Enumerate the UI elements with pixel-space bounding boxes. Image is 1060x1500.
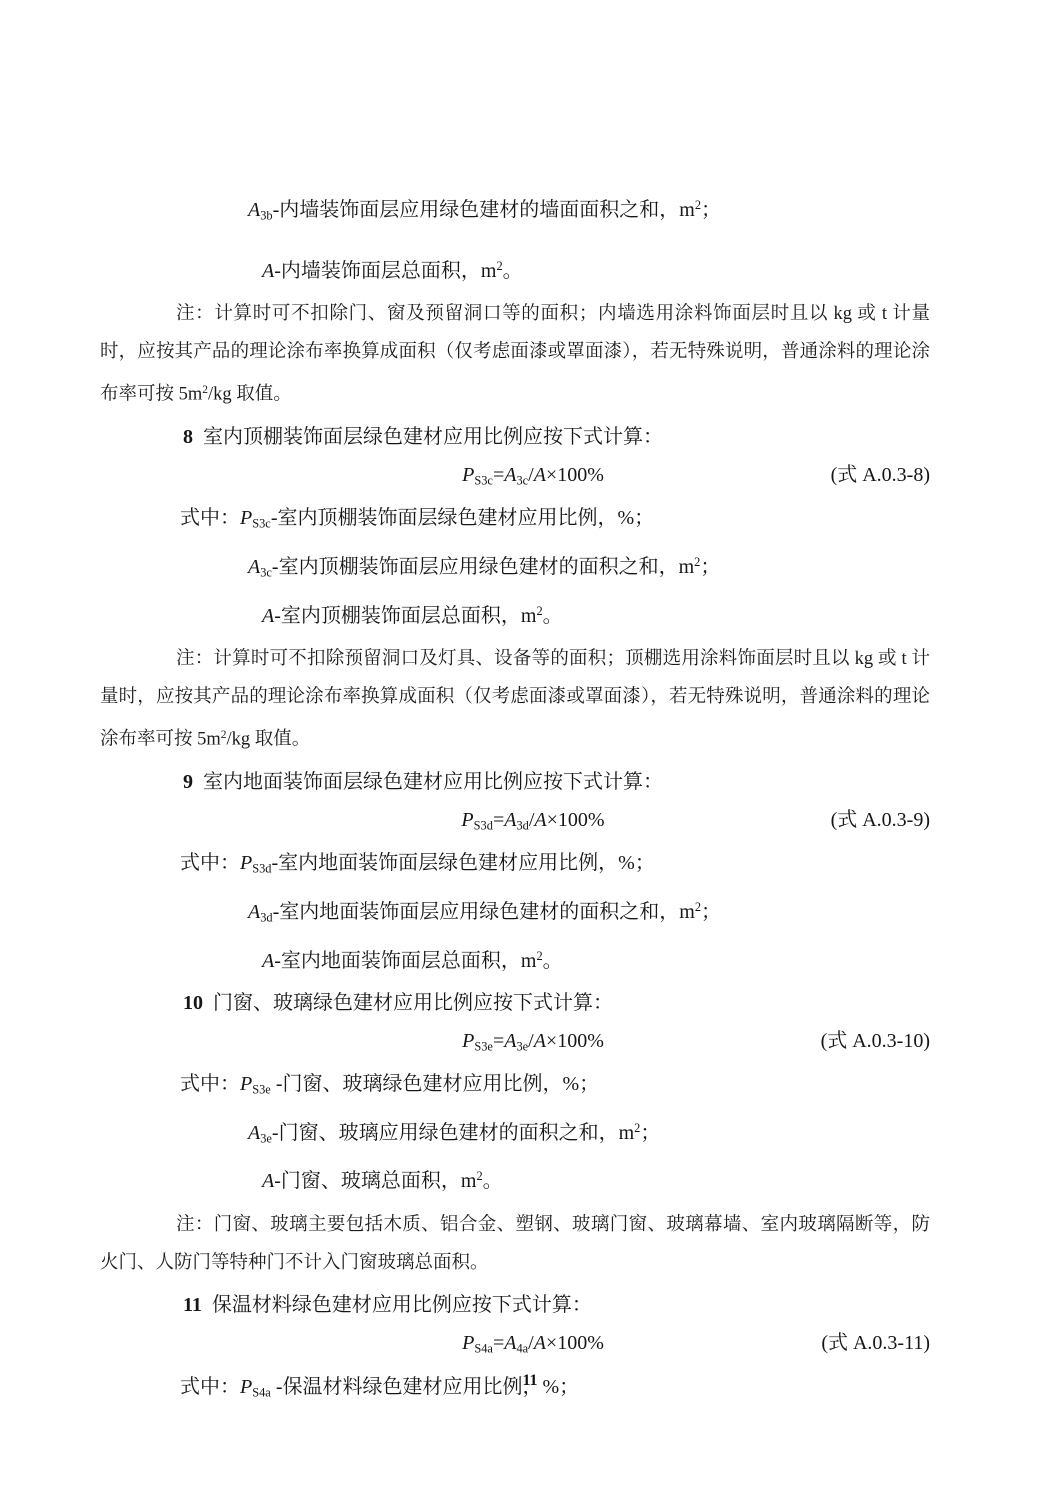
item-heading: 10门窗、玻璃绿色建材应用比例应按下式计算： [183, 984, 930, 1022]
formula-expression: PS3d=A3d/A×100% [461, 801, 604, 845]
formula-expression: PS4a=A4a/A×100% [462, 1324, 604, 1368]
formula-row: PS3d=A3d/A×100%(式 A.0.3-9) [100, 801, 930, 845]
variable-definition-line: A-室内顶棚装饰面层总面积，m2。 [262, 592, 930, 635]
item-text: 室内地面装饰面层绿色建材应用比例应按下式计算： [203, 771, 663, 793]
formula-label: (式 A.0.3-11) [821, 1324, 930, 1362]
formula-explain-line: 式中：PS3d-室内地面装饰面层绿色建材应用比例，%； [180, 844, 930, 888]
formula-row: PS3c=A3c/A×100%(式 A.0.3-8) [100, 456, 930, 500]
formula-expression: PS3c=A3c/A×100% [462, 456, 604, 500]
formula-expression: PS3e=A3e/A×100% [462, 1022, 604, 1066]
variable-definition-line: A-内墙装饰面层总面积，m2。 [262, 247, 930, 290]
item-text: 门窗、玻璃绿色建材应用比例应按下式计算： [213, 992, 613, 1014]
variable-definition-line: A-门窗、玻璃总面积，m2。 [262, 1157, 930, 1200]
document-body: A3b-内墙装饰面层应用绿色建材的墙面面积之和，m2；A-内墙装饰面层总面积，m… [100, 186, 930, 1412]
note-paragraph: 注：计算时可不扣除门、窗及预留洞口等的面积；内墙选用涂料饰面层时且以 kg 或 … [100, 295, 930, 413]
note-paragraph: 注：门窗、玻璃主要包括木质、铝合金、塑钢、玻璃门窗、玻璃幕墙、室内玻璃隔断等，防… [100, 1206, 930, 1282]
formula-label: (式 A.0.3-8) [831, 456, 930, 494]
item-number: 8 [183, 426, 193, 448]
variable-definition-line: A3d-室内地面装饰面层应用绿色建材的面积之和，m2； [248, 888, 930, 937]
document-page: A3b-内墙装饰面层应用绿色建材的墙面面积之和，m2；A-内墙装饰面层总面积，m… [0, 0, 1060, 1500]
item-heading: 8室内顶棚装饰面层绿色建材应用比例应按下式计算： [183, 418, 930, 456]
item-text: 保温材料绿色建材应用比例应按下式计算： [212, 1294, 592, 1316]
item-heading: 9室内地面装饰面层绿色建材应用比例应按下式计算： [183, 763, 930, 801]
item-number: 9 [183, 771, 193, 793]
variable-definition-line: A3c-室内顶棚装饰面层应用绿色建材的面积之和，m2； [248, 543, 930, 592]
formula-label: (式 A.0.3-9) [831, 801, 930, 839]
item-heading: 11保温材料绿色建材应用比例应按下式计算： [183, 1286, 930, 1324]
formula-row: PS3e=A3e/A×100%(式 A.0.3-10) [100, 1022, 930, 1066]
item-number: 11 [183, 1294, 202, 1316]
item-number: 10 [183, 992, 203, 1014]
formula-row: PS4a=A4a/A×100%(式 A.0.3-11) [100, 1324, 930, 1368]
page-number: 11 [0, 1372, 1060, 1390]
variable-definition-line: A3b-内墙装饰面层应用绿色建材的墙面面积之和，m2； [248, 186, 930, 235]
item-text: 室内顶棚装饰面层绿色建材应用比例应按下式计算： [203, 426, 663, 448]
formula-label: (式 A.0.3-10) [821, 1022, 930, 1060]
note-paragraph: 注：计算时可不扣除预留洞口及灯具、设备等的面积；顶棚选用涂料饰面层时且以 kg … [100, 640, 930, 758]
formula-explain-line: 式中：PS3e -门窗、玻璃绿色建材应用比例，%； [180, 1065, 930, 1109]
formula-explain-line: 式中：PS3c-室内顶棚装饰面层绿色建材应用比例，%； [180, 499, 930, 543]
variable-definition-line: A-室内地面装饰面层总面积，m2。 [262, 937, 930, 980]
variable-definition-line: A3e-门窗、玻璃应用绿色建材的面积之和，m2； [248, 1109, 930, 1158]
